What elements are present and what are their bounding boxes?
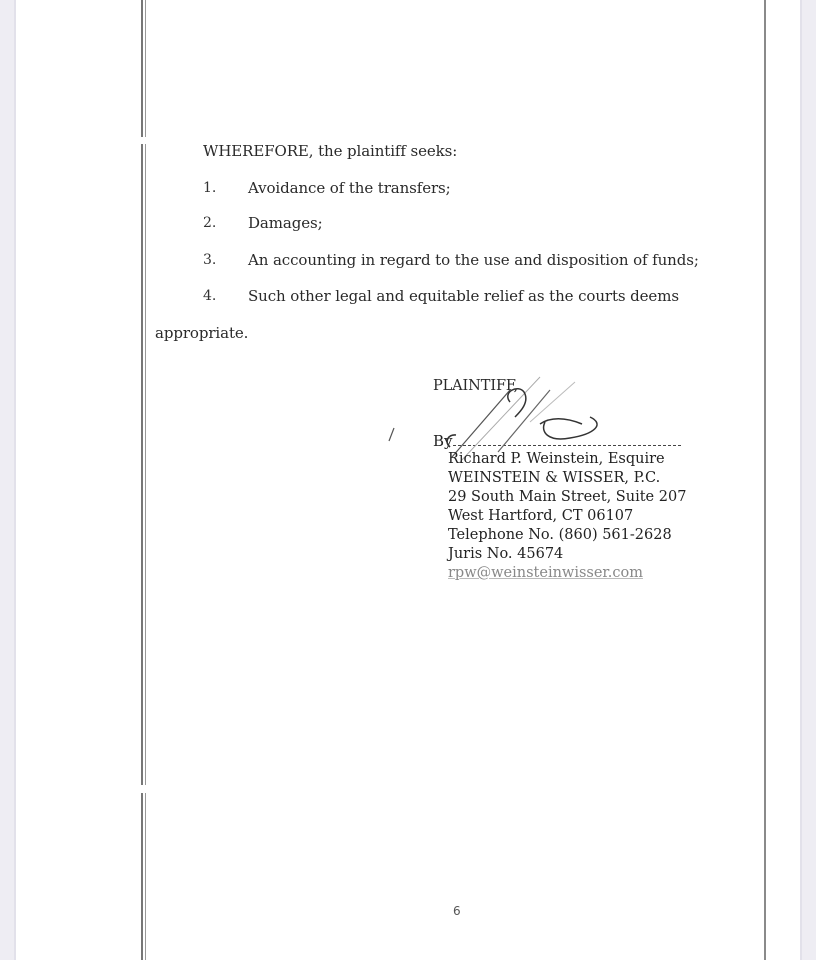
- item-number: 4.: [203, 288, 216, 304]
- left-margin-rule-inner: [145, 0, 146, 137]
- right-margin-rule: [764, 0, 766, 960]
- item-text: Damages;: [248, 214, 323, 232]
- attorney-name: Richard P. Weinstein, Esquire: [448, 450, 686, 469]
- left-margin-rule: [141, 793, 143, 960]
- item-number: 2.: [203, 215, 216, 231]
- page-number: 6: [453, 904, 461, 918]
- left-margin-rule: [141, 144, 143, 785]
- item-text: Avoidance of the transfers;: [248, 179, 451, 197]
- address-line-1: 29 South Main Street, Suite 207: [448, 488, 686, 507]
- left-margin-rule: [141, 0, 143, 137]
- item-number: 1.: [203, 180, 216, 196]
- left-viewer-margin: [0, 0, 16, 960]
- item-number: 3.: [203, 252, 216, 268]
- signature-block: Richard P. Weinstein, Esquire WEINSTEIN …: [448, 450, 686, 583]
- juris-number: Juris No. 45674: [448, 545, 686, 564]
- wherefore-heading: WHEREFORE, the plaintiff seeks:: [203, 142, 457, 160]
- phone-number: Telephone No. (860) 561-2628: [448, 526, 686, 545]
- pen-mark-icon: [385, 425, 399, 445]
- continuation-text: appropriate.: [155, 324, 248, 342]
- left-margin-rule-inner: [145, 793, 146, 960]
- right-viewer-margin: [800, 0, 816, 960]
- email-link[interactable]: rpw@weinsteinwisser.com: [448, 564, 686, 583]
- firm-name: WEINSTEIN & WISSER, P.C.: [448, 469, 686, 488]
- left-margin-rule-inner: [145, 144, 146, 785]
- item-text: An accounting in regard to the use and d…: [248, 251, 699, 269]
- item-text: Such other legal and equitable relief as…: [248, 287, 679, 305]
- address-line-2: West Hartford, CT 06107: [448, 507, 686, 526]
